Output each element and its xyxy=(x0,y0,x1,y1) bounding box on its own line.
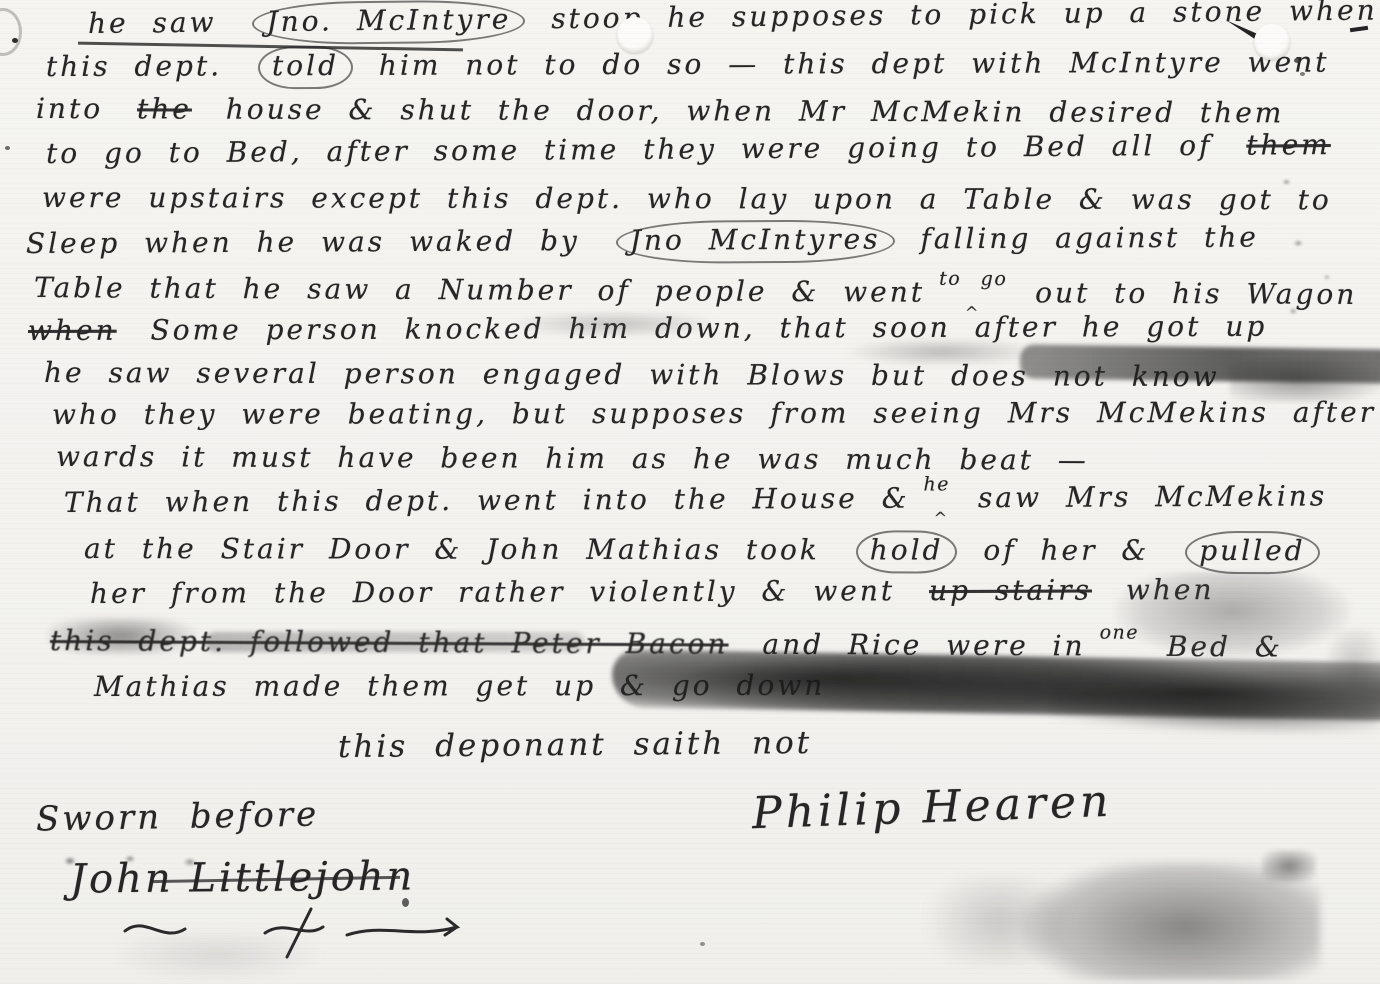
toner-haze-bottom-center xyxy=(930,878,1070,964)
deposition-line-2: this dept. told him not to do so — this … xyxy=(46,44,1340,88)
inserted-word: one xyxy=(1100,621,1140,643)
ink-speck xyxy=(700,942,705,946)
phrase: Sleep when he was waked by xyxy=(26,224,580,260)
phrase: saw Mrs McMekins xyxy=(978,479,1327,514)
ink-speck xyxy=(5,146,10,150)
interlinear-insertion: one xyxy=(1099,629,1139,662)
phrase: he saw several person engaged with Blows… xyxy=(44,356,1220,393)
signature-flourish xyxy=(115,905,465,960)
phrase: this dept. xyxy=(46,49,222,83)
phrase: of her & xyxy=(983,534,1149,567)
phrase: her from the Door rather violently & wen… xyxy=(90,574,895,610)
deposition-line-9: he saw several person engaged with Blows… xyxy=(44,356,1230,393)
struck-word: them xyxy=(1246,128,1331,162)
ink-speck xyxy=(1300,72,1305,76)
deposition-line-5: were upstairs except this dept. who lay … xyxy=(42,181,1342,216)
phrase: at the Stair Door & John Mathias took xyxy=(84,532,820,566)
toner-column-right-of-closing xyxy=(1325,630,1380,720)
phrase: Bed & xyxy=(1167,630,1283,664)
phrase: Table that he saw a Number of people & w… xyxy=(34,271,925,309)
left-edge-arc-mark xyxy=(0,8,22,56)
phrase: into xyxy=(36,92,103,125)
struck-words: up stairs xyxy=(929,574,1092,608)
underlined-phrase: he saw xyxy=(88,6,217,42)
circled-name-jno-mcintyre: Jno. McIntyre xyxy=(252,0,525,45)
phrase: him not to do so — this dept with McInty… xyxy=(379,46,1330,82)
inserted-words: to go xyxy=(939,268,1007,290)
phrase: Some person knocked him down, that soon … xyxy=(150,310,1267,347)
deposition-line-3: into the house & shut the door, when Mr … xyxy=(36,92,1294,129)
struck-word: when xyxy=(28,314,117,347)
circled-word-told: told xyxy=(258,46,353,89)
deposition-line-6: Sleep when he was waked by Jno McIntyres… xyxy=(26,219,1269,265)
deposition-line-1: he saw Jno. McIntyre stoop he supposes t… xyxy=(88,0,1380,45)
struck-word: the xyxy=(137,92,192,125)
toner-blob-bottom-right-small xyxy=(1262,850,1316,882)
speckle-haze-bottom-left xyxy=(120,930,360,980)
phrase: wards it must have been him as he was mu… xyxy=(56,440,1089,477)
deposition-line-11: wards it must have been him as he was mu… xyxy=(56,440,1099,477)
justice-signature: John Littlejohn xyxy=(70,853,416,902)
sworn-before-label: Sworn before xyxy=(36,795,320,840)
deposition-line-13: at the Stair Door & John Mathias took ho… xyxy=(84,531,1322,572)
heavy-toner-bar-tail xyxy=(1049,687,1380,739)
phrase: who they were beating, but supposes from… xyxy=(52,396,1376,431)
phrase: Mathias made them get up & go down xyxy=(94,669,825,703)
interlinear-insertion: to go^ xyxy=(939,276,1007,309)
closing-phrase: this deponant saith not xyxy=(338,725,812,765)
deposition-line-4: to go to Bed, after some time they were … xyxy=(46,128,1341,170)
phrase: That when this dept. went into the House… xyxy=(64,482,910,519)
struck-smudged-phrase: this dept. followed that Peter Bacon xyxy=(50,624,729,661)
scanned-deposition-page: he saw Jno. McIntyre stoop he supposes t… xyxy=(0,0,1380,984)
deposition-line-10: who they were beating, but supposes from… xyxy=(52,396,1380,431)
phrase: to go to Bed, after some time they were … xyxy=(46,129,1213,170)
ink-speck xyxy=(1294,58,1300,63)
interlinear-insertion: he^ xyxy=(923,481,950,514)
deposition-line-16: Mathias made them get up & go down xyxy=(94,669,835,703)
circled-name-jno-mcintyres: Jno McIntyres xyxy=(616,219,895,263)
phrase: were upstairs except this dept. who lay … xyxy=(42,181,1332,216)
deposition-line-14: her from the Door rather violently & wen… xyxy=(90,573,1225,610)
phrase: falling against the xyxy=(920,221,1259,256)
caret-icon: ^ xyxy=(934,508,951,527)
deponent-signature: Philip Hearen xyxy=(751,776,1113,840)
phrase: out to his Wagon xyxy=(1035,276,1357,311)
deposition-line-15: this dept. followed that Peter Bacon and… xyxy=(50,624,1293,664)
deposition-line-8: when Some person knocked him down, that … xyxy=(28,310,1277,347)
toner-blob-bottom-right xyxy=(1020,862,1320,980)
ink-speck xyxy=(12,38,18,43)
deposition-line-12: That when this dept. went into the House… xyxy=(64,479,1337,519)
phrase: stoop he supposes to pick up a stone whe… xyxy=(551,0,1378,35)
ink-speck xyxy=(402,898,409,907)
inserted-word: he xyxy=(923,473,950,495)
deposition-line-7: Table that he saw a Number of people & w… xyxy=(34,271,1367,311)
phrase: and Rice were in xyxy=(762,628,1085,663)
phrase: when xyxy=(1126,573,1215,606)
circled-word-hold: hold xyxy=(856,530,958,573)
circled-word-pulled: pulled xyxy=(1185,531,1319,574)
phrase: house & shut the door, when Mr McMekin d… xyxy=(226,93,1285,130)
